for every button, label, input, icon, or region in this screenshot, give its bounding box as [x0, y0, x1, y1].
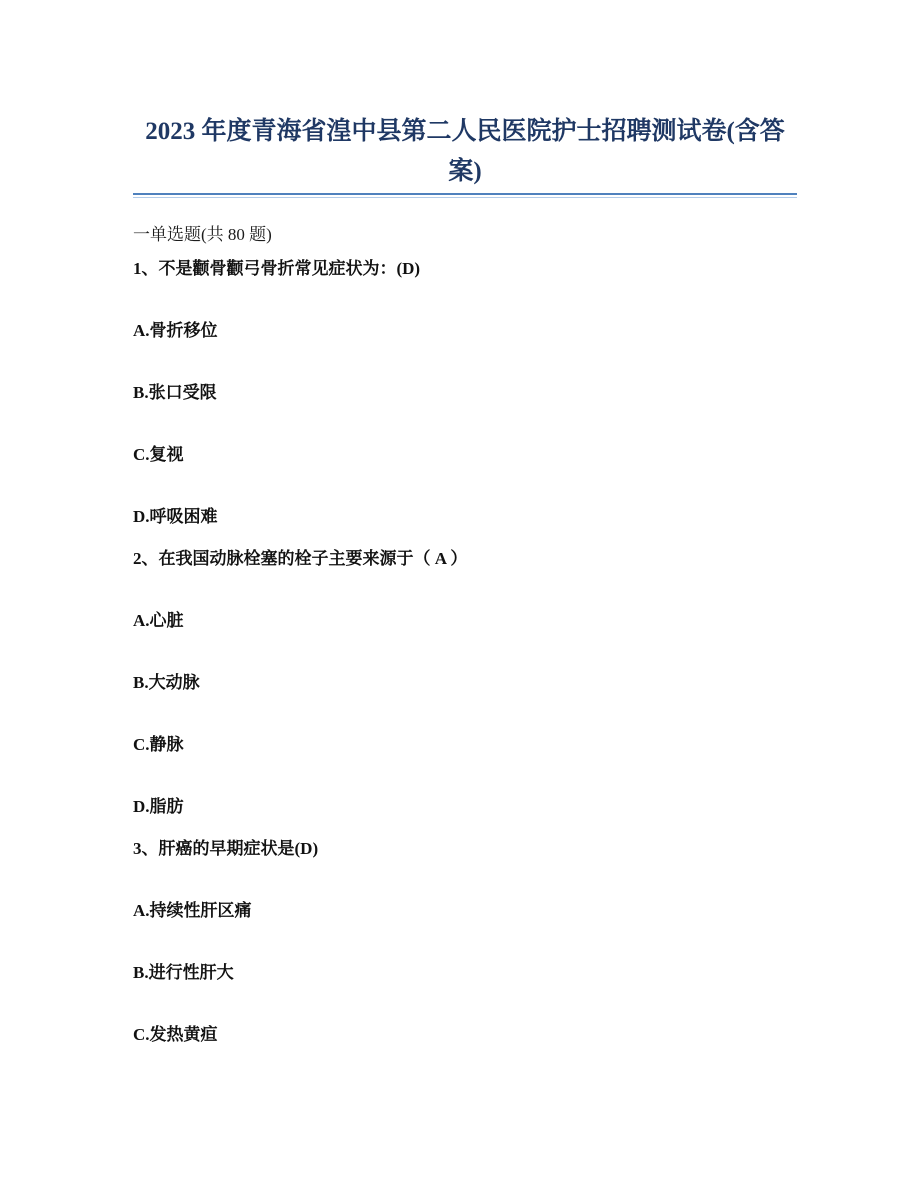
question-2-option-a: A.心脏: [133, 610, 797, 632]
question-1-option-b: B.张口受限: [133, 382, 797, 404]
question-1-option-d: D.呼吸困难: [133, 506, 797, 528]
question-3-option-b: B.进行性肝大: [133, 962, 797, 984]
document-viewport: { "document": { "title": "2023 年度青海省湟中县第…: [0, 0, 920, 1191]
document-title: 2023 年度青海省湟中县第二人民医院护士招聘测试卷(含答案): [133, 112, 797, 192]
question-1-option-c: C.复视: [133, 444, 797, 466]
question-2-option-d: D.脂肪: [133, 796, 797, 818]
title-divider: [133, 193, 797, 198]
question-1-text: 1、不是颧骨颧弓骨折常见症状为：(D): [133, 258, 797, 280]
question-2-option-c: C.静脉: [133, 734, 797, 756]
question-block-2: 2、在我国动脉栓塞的栓子主要来源于（ A ） A.心脏 B.大动脉 C.静脉 D…: [133, 548, 797, 818]
question-3-option-c: C.发热黄疸: [133, 1024, 797, 1046]
question-3-text: 3、肝癌的早期症状是(D): [133, 838, 797, 860]
question-3-option-a: A.持续性肝区痛: [133, 900, 797, 922]
document-page: 2023 年度青海省湟中县第二人民医院护士招聘测试卷(含答案) 一单选题(共 8…: [0, 0, 920, 1191]
question-2-option-b: B.大动脉: [133, 672, 797, 694]
question-block-1: 1、不是颧骨颧弓骨折常见症状为：(D) A.骨折移位 B.张口受限 C.复视 D…: [133, 258, 797, 528]
question-2-text: 2、在我国动脉栓塞的栓子主要来源于（ A ）: [133, 548, 797, 570]
section-heading: 一单选题(共 80 题): [133, 224, 797, 246]
question-1-option-a: A.骨折移位: [133, 320, 797, 342]
question-block-3: 3、肝癌的早期症状是(D) A.持续性肝区痛 B.进行性肝大 C.发热黄疸: [133, 838, 797, 1046]
